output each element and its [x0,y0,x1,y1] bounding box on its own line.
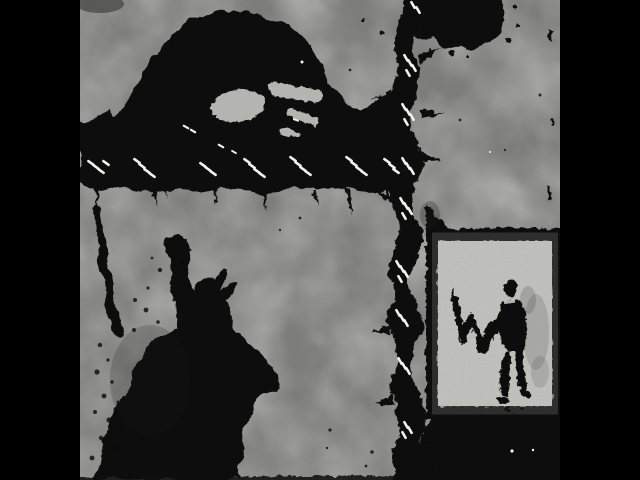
inset-shadow [531,356,549,388]
speck [172,298,175,301]
ink-speck [380,32,385,37]
inset-shadow [520,286,536,314]
speck [539,94,542,97]
speck [99,436,103,440]
inset-figure-foot [497,397,509,403]
sparkle [510,449,513,452]
ink-speck [512,5,518,11]
speck [168,253,172,257]
speck [93,410,97,414]
speck [146,286,149,289]
letterbox-right-bar [560,0,640,480]
speck [133,298,137,302]
ink-speck [450,52,455,57]
sparkle [301,61,304,64]
gap-smudge [420,201,440,229]
inset-speck [505,408,509,412]
inset-figure-head [505,279,518,299]
speck [185,239,187,241]
ink-speck [516,24,520,28]
letterbox-left-bar [0,0,80,480]
speck [106,417,111,422]
speck [279,229,281,231]
speck [144,308,149,313]
speck [370,450,374,454]
speck [158,268,162,272]
speck [504,149,506,151]
speck [326,447,328,449]
speck [459,119,462,122]
speck [156,320,160,324]
video-frame [0,0,640,480]
inset-speck [522,407,524,409]
speck [328,428,331,431]
edge-mark [551,118,553,126]
sparkle [489,151,491,153]
ink-speck [506,38,511,43]
speck [120,426,123,429]
sparkle [532,449,534,451]
speck [189,249,192,252]
speck [181,261,184,264]
speck [94,369,99,374]
ink-speck [466,54,470,58]
speck [299,217,302,220]
speck [98,343,102,347]
inset-speck [513,414,516,417]
speck [349,69,352,72]
artwork-image [0,0,640,480]
ink-speck [428,50,432,54]
speck [365,465,368,468]
bottom-edge-strip [76,476,564,480]
inset-figure-foot [521,391,531,397]
speck [151,257,154,260]
ink-speck [361,19,364,22]
speck [102,394,107,399]
speck [90,456,95,461]
speck [106,358,109,361]
speck [113,446,117,450]
body-smudge [110,325,190,435]
